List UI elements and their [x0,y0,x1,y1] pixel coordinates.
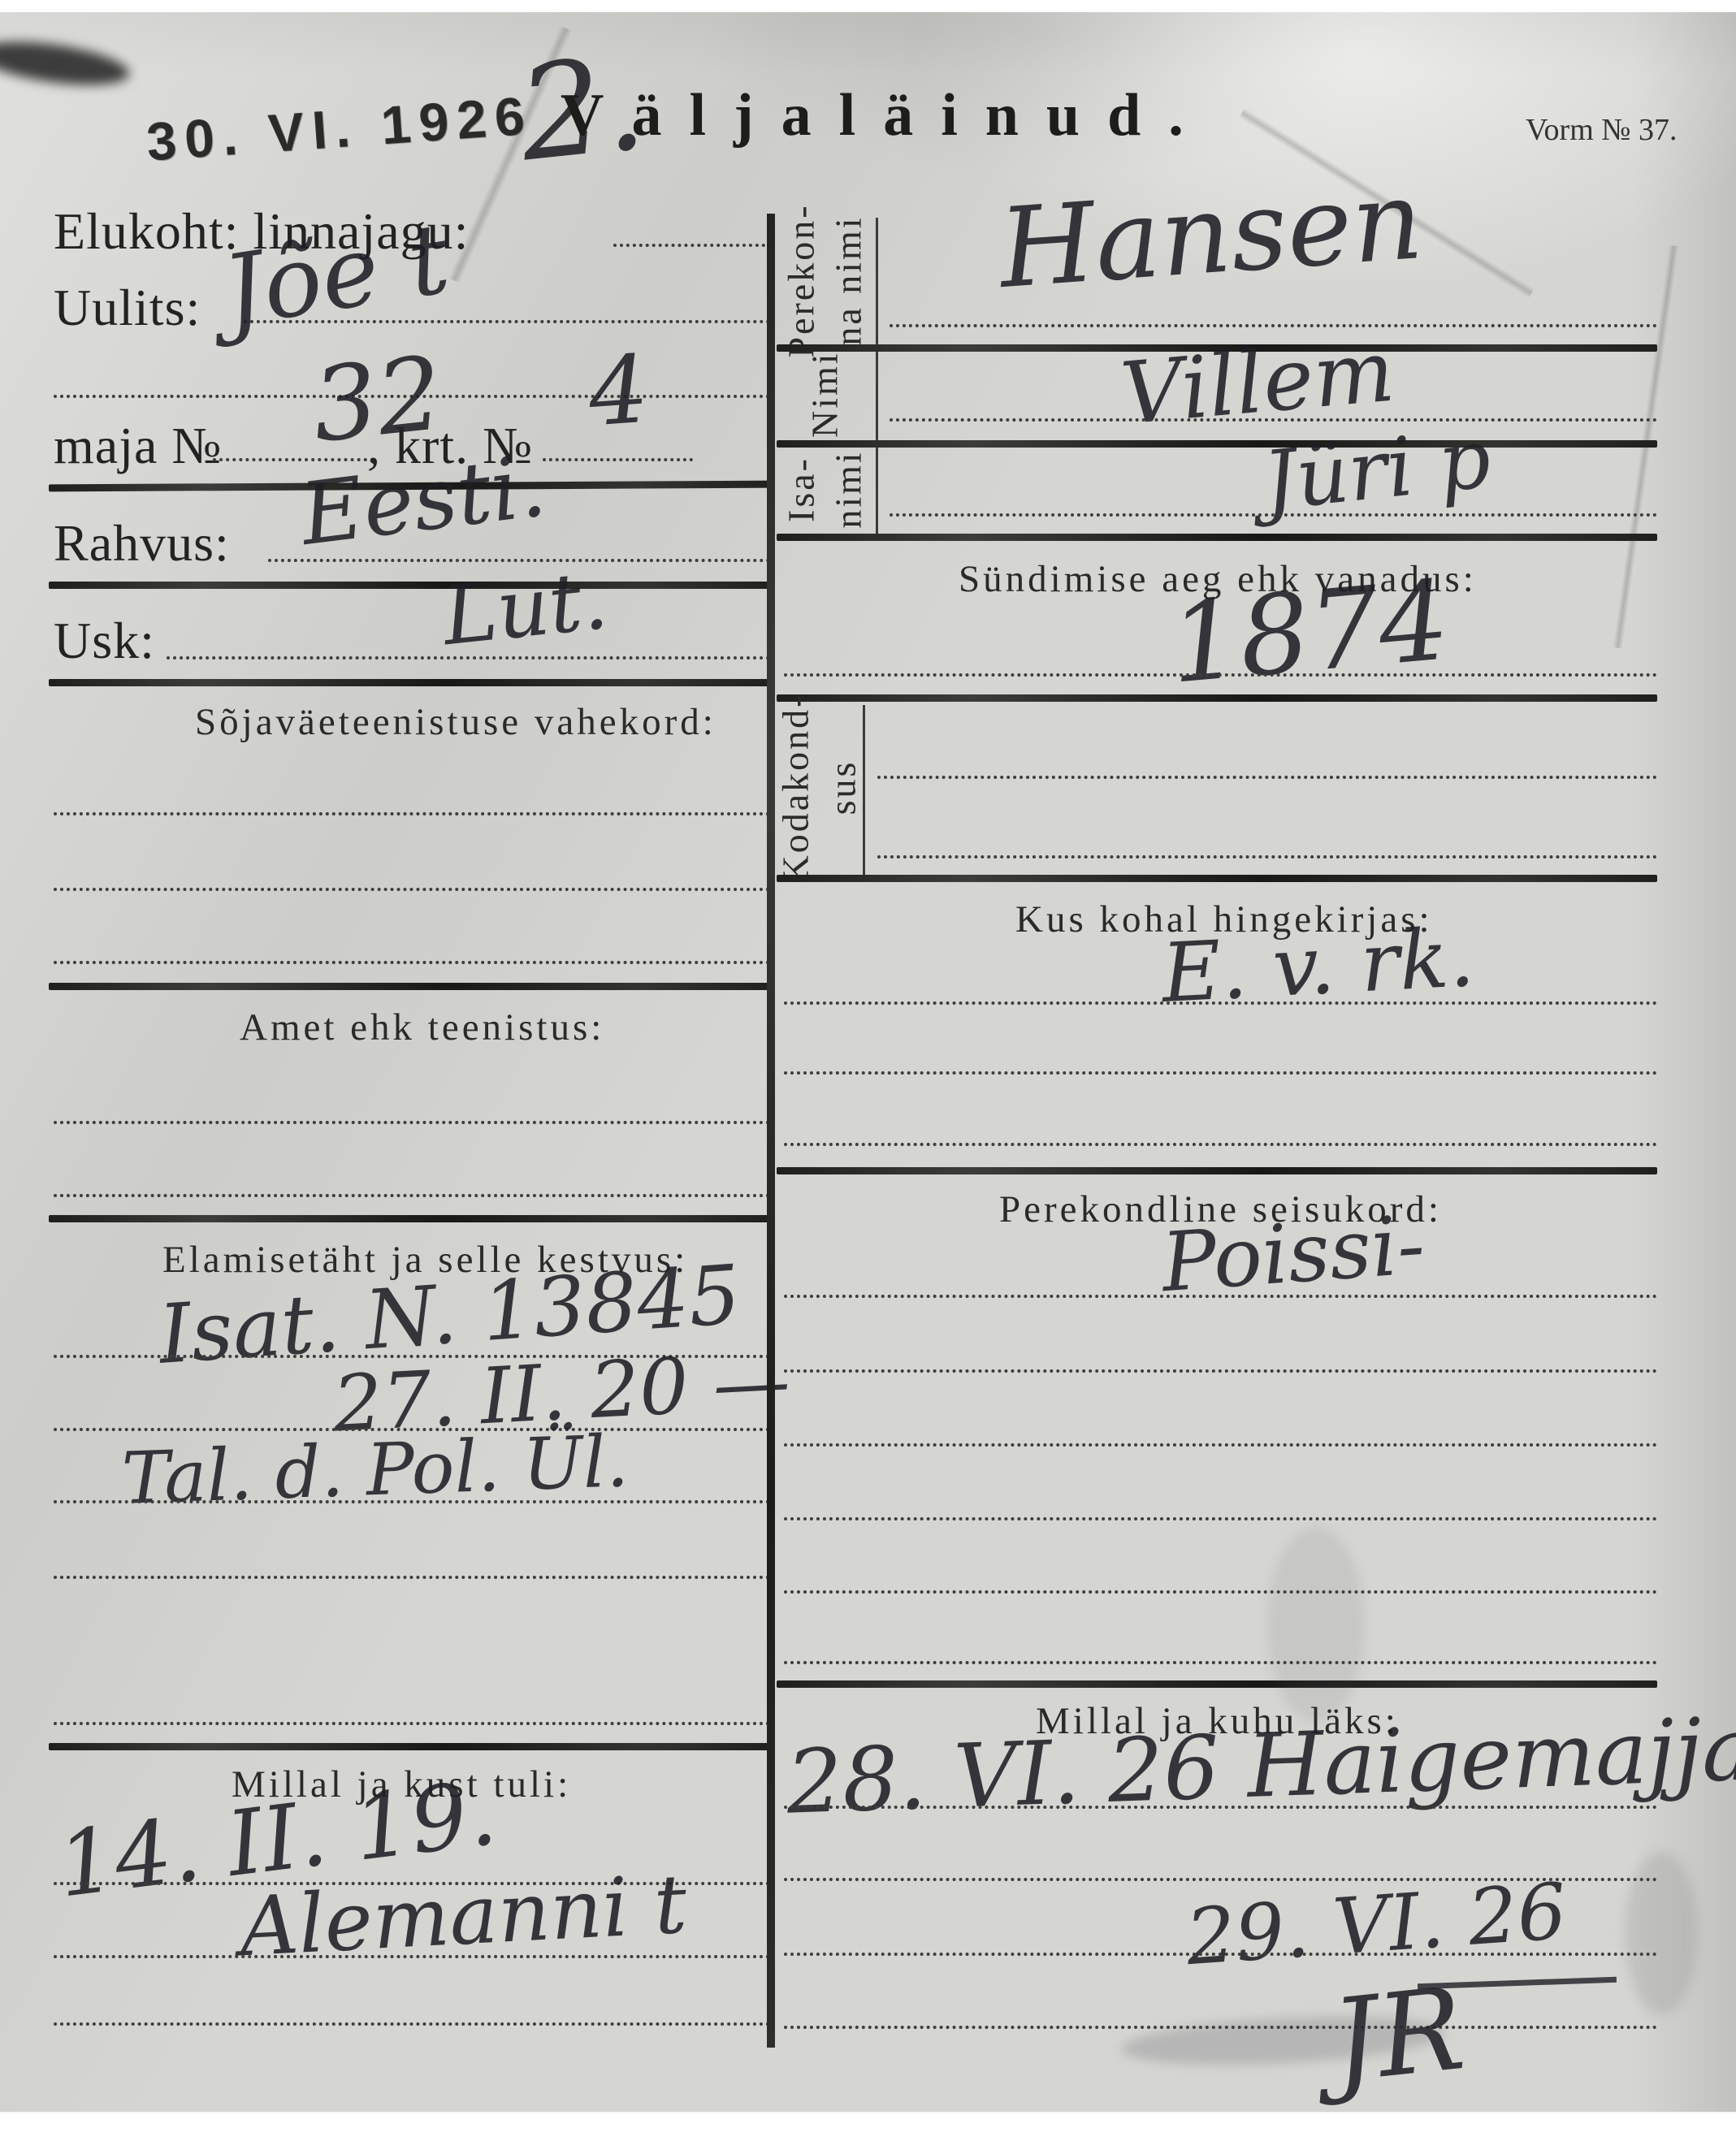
surname-label-line1: Perekon- [781,203,822,357]
dotted-line [54,812,770,815]
row-label-surname: Perekon- na nimi [773,214,876,347]
dotted-line [784,1001,1657,1005]
dotted-line [543,458,693,461]
dotted-line [54,888,770,891]
section-rule [777,440,1657,448]
dotted-line [54,2022,770,2026]
row-label-firstname: Nimi [773,347,876,443]
dotted-line [784,1661,1657,1664]
section-heading-occupation: Amet ehk teenistus: [240,1006,604,1049]
dotted-line [54,1194,770,1197]
handwritten-permit-issuer: Tal. d. Pol. Ül. [120,1419,630,1520]
dotted-line [54,961,770,964]
dotted-line [890,418,1657,422]
dotted-line [877,776,1657,779]
surname-label-line2: na nimi [827,215,868,345]
dotted-line [784,1443,1657,1447]
section-rule [777,1680,1657,1688]
citizenship-label-line1: Kodakond- [775,692,816,882]
dotted-line [877,855,1657,859]
dotted-line [784,1953,1657,1956]
section-rule [49,582,772,589]
form-number: Vorm № 37. [1526,112,1678,148]
citizenship-label-line2: sus [821,759,863,815]
dotted-line [54,1500,770,1503]
dotted-line [784,1806,1657,1809]
handwritten-religion: Lut. [438,552,612,664]
section-rule [777,875,1657,882]
row-label-patronymic: Isa- nimi [773,443,876,536]
dotted-line [784,673,1657,677]
handwritten-signature: JR [1326,1963,1470,2109]
patronymic-label-line1: Isa- [781,456,822,522]
dotted-line [613,244,772,247]
field-label-uulits: Uulits: [54,278,201,338]
dotted-line [890,513,1657,517]
section-heading-military: Sõjaväeteenistuse vahekord: [195,700,716,744]
dotted-line [54,1722,770,1725]
dotted-line [784,2026,1657,2029]
scanner-edge-bottom [0,2113,1736,2154]
dotted-line [784,1295,1657,1298]
section-rule [777,694,1657,702]
dotted-line [784,1590,1657,1594]
handwritten-apartment-no: 4 [585,335,652,448]
form-title: Väljaläinud. [561,81,1211,150]
dotted-line [784,1143,1657,1146]
dotted-line [890,324,1657,327]
section-rule [49,1743,772,1750]
firstname-label: Nimi [803,352,845,439]
section-rule [49,679,772,686]
section-rule [777,1167,1657,1174]
dotted-line [784,1517,1657,1520]
dotted-line [784,1071,1657,1075]
field-label-maja: maja № [54,416,222,476]
label-separator-line [876,218,878,536]
handwritten-birth-year: 1874 [1165,556,1454,707]
dotted-line [784,1369,1657,1373]
dotted-line [54,1955,770,1958]
section-rule [49,983,772,990]
handwritten-marital-status: Poissi- [1158,1197,1427,1310]
field-label-rahvus: Rahvus: [54,513,230,573]
dotted-line [54,1121,770,1124]
scanned-form-page: 30. VI. 1926 2. Väljaläinud. Vorm № 37. … [0,0,1736,2154]
scanner-edge-top [0,0,1736,12]
section-rule [49,1215,772,1222]
patronymic-label-line2: nimi [827,450,868,528]
dotted-line [54,1576,770,1579]
section-rule [777,534,1657,541]
field-label-usk: Usk: [54,611,155,671]
row-label-citizenship: Kodakond- sus [773,697,864,877]
